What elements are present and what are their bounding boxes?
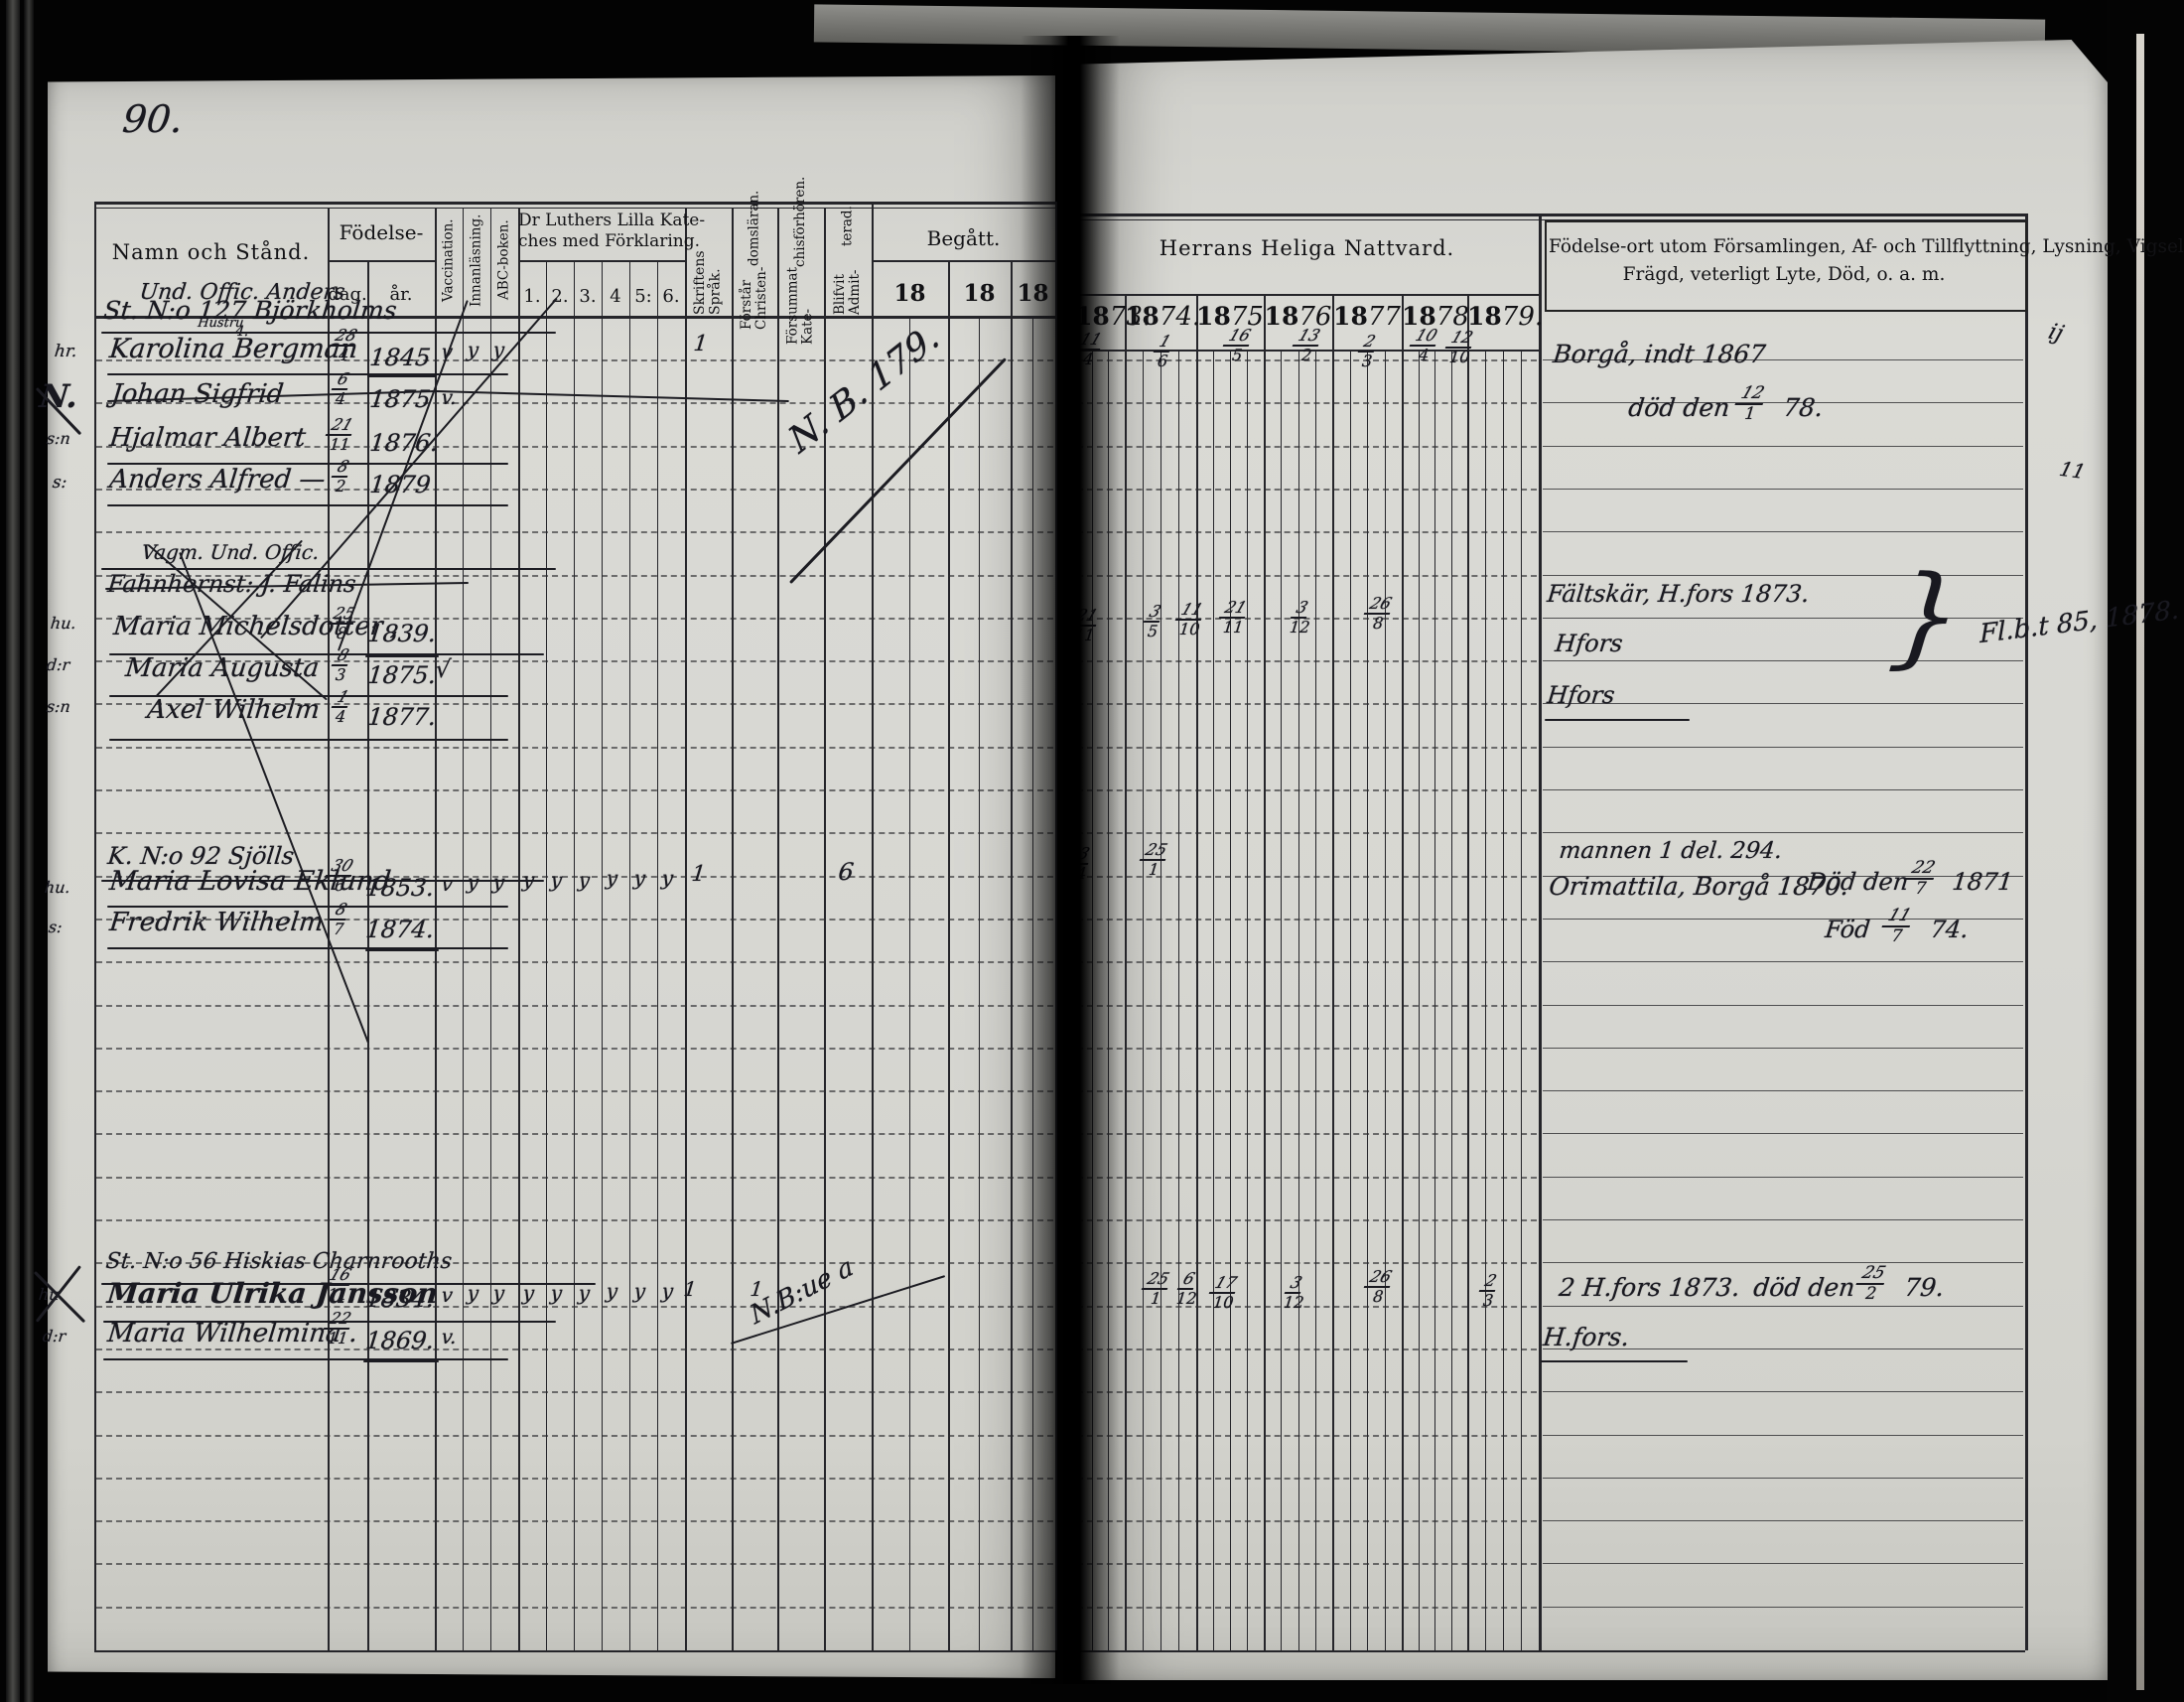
handwriting-g4-comm-1877: 268 (1364, 1269, 1394, 1305)
frac-denominator: 8 (1372, 616, 1384, 632)
handwriting-edge-mark1: ij (2045, 320, 2066, 347)
handwriting-g1-vacc2: v. (440, 385, 458, 409)
handwriting-g4-k6: y (605, 1279, 618, 1303)
frac-numerator: 8 (330, 902, 352, 921)
handwriting-g2-dag2: 83 (332, 647, 351, 683)
frac-numerator: 1 (1154, 334, 1176, 353)
underline-g1-name4 (107, 504, 508, 506)
frac-denominator: 12 (1289, 620, 1310, 636)
handwriting-g2-m2: d:r (46, 655, 70, 674)
handwriting-g1-m3: s:n (46, 429, 71, 448)
handwriting-g2-ar3: 1877. (366, 703, 438, 731)
handwriting-g4-note2: H.fors. (1542, 1323, 1631, 1351)
handwriting-g4-dag1: 1611 (324, 1267, 353, 1303)
frac-denominator: 2 (1300, 348, 1312, 363)
underline-g3-name2 (107, 947, 508, 949)
frac-numerator: 8 (332, 459, 354, 478)
handwriting-g1-dag4: 82 (332, 459, 351, 495)
handwriting-g1-note1: Borgå, indt 1867 (1552, 340, 1767, 368)
handwriting-g3-note4a: Föd (1824, 916, 1871, 943)
handwriting-g4-skr1: 1 (682, 1277, 697, 1301)
frac-denominator: 6 (334, 878, 345, 894)
frac-denominator: 12 (1283, 1295, 1304, 1311)
frac-denominator: 7 (1914, 881, 1927, 898)
frac-numerator: 12 (1734, 385, 1769, 405)
frac-denominator: 5 (1231, 348, 1243, 363)
underline-g2-name3 (109, 739, 508, 741)
handwriting-g3-m2: s: (48, 918, 64, 936)
frac-denominator: 10 (1448, 350, 1470, 365)
handwriting-g4-k8: y (660, 1279, 674, 1303)
handwriting-g2-check2: √ (434, 655, 452, 683)
handwriting-g4-vacc2: v. (440, 1325, 458, 1348)
frac-numerator: 3 (1285, 1275, 1307, 1294)
handwriting-g3-dag2: 87 (330, 902, 349, 937)
frac-numerator: 3 (1291, 600, 1313, 619)
underline-g1-ar3 (367, 463, 439, 465)
frac-numerator: 1 (332, 689, 354, 708)
underline-g1-name1 (107, 373, 508, 375)
frac-numerator: 13 (1293, 328, 1325, 347)
handwriting-g3-note4c: 74. (1929, 916, 1970, 943)
handwriting-g4-note1a: 2 H.fors 1873. (1558, 1273, 1741, 1302)
handwriting-g4-comm-1874b: 612 (1175, 1271, 1199, 1307)
frac-denominator: 2 (335, 479, 346, 495)
handwriting-g3-comm-1874: 251 (1140, 842, 1169, 878)
frac-denominator: 11 (329, 437, 350, 453)
handwriting-g2-brace: } (1885, 552, 1968, 679)
handwriting-g3-note4b: 117 (1882, 908, 1914, 945)
frac-numerator: 25 (1855, 1265, 1890, 1285)
handwriting-page-number: 90. (120, 97, 185, 141)
handwriting-g3-name2: Fredrik Wilhelm (108, 908, 325, 937)
handwriting-g1-name1: Karolina Bergman (108, 334, 359, 364)
book-gutter (1021, 36, 1120, 1684)
handwriting-nb-large: N. B. 179. (782, 316, 946, 462)
handwriting-g3-k1: y (466, 870, 479, 894)
handwriting-g4-k2: y (491, 1281, 505, 1305)
handwriting-g1-m1: hr. (54, 342, 78, 361)
handwriting-g4-note1d: 79. (1903, 1273, 1946, 1302)
frac-numerator: 16 (324, 1267, 356, 1286)
handwriting-g4-k7: y (632, 1279, 646, 1303)
handwriting-g4-comm-1876: 312 (1283, 1275, 1306, 1311)
handwriting-g2-comm-1876: 312 (1289, 600, 1312, 636)
handwriting-g3-ar2: 1874. (364, 916, 436, 943)
handwriting-g4-comm-1875: 1710 (1209, 1275, 1239, 1311)
frac-numerator: 25 (1142, 1271, 1174, 1290)
handwriting-g4-k5: y (577, 1281, 591, 1305)
handwriting-g3-adm1: 6 (837, 858, 855, 886)
handwriting-g3-k6: y (605, 866, 618, 890)
frac-numerator: 26 (1364, 1269, 1397, 1288)
handwriting-g4-comm-1879: 23 (1479, 1273, 1499, 1309)
frac-numerator: 26 (1364, 596, 1397, 615)
handwriting-g1-skr1: 1 (692, 332, 709, 356)
handwriting-g3-m1: hu. (44, 878, 71, 897)
handwriting-g1-dag1: 284 (330, 328, 359, 363)
underline-g4-note2 (1541, 1360, 1688, 1362)
handwriting-g1-dag3: 2111 (326, 417, 355, 453)
handwriting-g3-note1: mannen 1 del. 294. (1558, 838, 1783, 864)
handwriting-g3-note3b: 227 (1906, 860, 1938, 898)
frac-denominator: 1 (1148, 862, 1160, 878)
handwriting-g1-name2: Johan Sigfrid (110, 379, 285, 409)
handwriting-g4-k4: y (549, 1281, 563, 1305)
underline-g3-ar2 (365, 949, 439, 951)
handwriting-g3-k7: y (632, 866, 646, 890)
frac-denominator: 10 (1178, 622, 1200, 638)
frac-numerator: 22 (1905, 860, 1940, 880)
handwriting-g3-dag1: 306 (326, 858, 355, 894)
handwriting-g1-name1-sup: Hustru (197, 316, 244, 331)
handwriting-g1-ar1: 1845 (368, 344, 432, 371)
handwriting-g2-comm-1874b: 1110 (1175, 602, 1205, 638)
frac-denominator: 11 (327, 1331, 348, 1347)
frac-numerator: 8 (332, 647, 354, 666)
underline-g2-note3 (1545, 719, 1690, 721)
frac-numerator: 28 (330, 328, 362, 347)
handwriting-g3-note3a: Död den (1806, 868, 1910, 896)
handwriting-g4-k3: y (521, 1281, 535, 1305)
handwriting-g3-k2: y (491, 870, 505, 894)
handwriting-g2-comm-1874a: 35 (1144, 604, 1163, 639)
handwriting-g4-m2: d:r (42, 1327, 67, 1346)
underline-g1-ar1 (367, 375, 437, 377)
handwriting-g2-dag3: 14 (332, 689, 351, 725)
handwriting-g2-name3: Axel Wilhelm (146, 695, 322, 725)
handwriting-g2-comm-1875: 2111 (1219, 600, 1249, 636)
frac-numerator: 3 (1144, 604, 1166, 623)
frac-numerator: 6 (332, 371, 354, 390)
frac-denominator: 7 (333, 922, 344, 937)
handwriting-g1-m4: s: (52, 473, 68, 493)
frac-numerator: 16 (1223, 328, 1256, 347)
handwriting-g1-comm-1874: 16 (1154, 334, 1173, 369)
handwriting-edge-mark2: 11 (2057, 457, 2088, 484)
frac-denominator: 4 (1418, 348, 1430, 363)
handwriting-g1-name4: Anders Alfred — (108, 465, 327, 495)
frac-denominator: 2 (1864, 1286, 1877, 1303)
underline-g4-ar2 (363, 1360, 439, 1362)
handwriting-g1-ar2: 1875 (368, 385, 432, 413)
frac-numerator: 11 (1175, 602, 1208, 621)
frac-denominator: 6 (1157, 354, 1168, 369)
handwriting-g3-ar1: 1853. (364, 874, 436, 902)
handwriting-g1-name3: Hjalmar Albert (108, 423, 308, 453)
frac-denominator: 3 (335, 667, 346, 683)
handwriting-g1-note2b: 121 (1735, 385, 1767, 423)
handwriting-g2-note4: Fl.b.t 85, 1878. (1979, 595, 2179, 649)
frac-denominator: 3 (1361, 354, 1373, 369)
frac-denominator: 1 (1743, 406, 1756, 423)
handwriting-g3-k4: y (549, 868, 563, 892)
handwriting-g1-dag2: 64 (332, 371, 351, 407)
frac-numerator: 2 (1358, 334, 1381, 353)
frac-denominator: 3 (1482, 1293, 1494, 1309)
handwriting-g3-skr1: 1 (690, 862, 707, 887)
frac-denominator: 11 (1222, 620, 1244, 636)
frac-numerator: 21 (326, 417, 358, 436)
handwriting-g4-name2: Maria Wilhelmina . (106, 1319, 359, 1348)
frac-denominator: 7 (1890, 928, 1903, 945)
handwriting-g4-ar2: 1869. (364, 1327, 436, 1354)
handwriting-g4-note1b: död den (1752, 1273, 1856, 1302)
frac-numerator: 11 (1881, 908, 1916, 927)
handwriting-g1-comm-1878a: 104 (1410, 328, 1439, 363)
frac-denominator: 10 (1212, 1295, 1234, 1311)
frac-denominator: 5 (1147, 624, 1159, 639)
handwriting-g4-k1: y (466, 1281, 479, 1305)
handwriting-g4-note1c: 252 (1856, 1265, 1888, 1303)
handwriting-g1-note2c: 78. (1782, 393, 1825, 422)
frac-denominator: 1 (1150, 1291, 1161, 1307)
handwriting-g1-comm-1875: 165 (1223, 328, 1253, 363)
handwriting-g4-dag2: 2211 (324, 1311, 353, 1347)
handwriting-g1-comm-1877: 23 (1358, 334, 1378, 369)
ink-stroke-4 (435, 390, 789, 402)
handwriting-g4-vacc1: v (440, 1283, 454, 1307)
handwriting-g3-vacc1: v (440, 872, 454, 896)
frac-denominator: 4 (338, 348, 349, 363)
frac-numerator: 6 (1177, 1271, 1200, 1290)
handwriting-g2-comm-1877: 268 (1364, 596, 1394, 632)
handwriting-g2-note2: Hfors (1554, 630, 1624, 657)
frac-numerator: 30 (326, 858, 358, 877)
handwriting-g2-m3: s:n (46, 697, 71, 716)
underline-g2-ar1 (365, 655, 439, 657)
frac-numerator: 10 (1410, 328, 1442, 347)
handwriting-g1-comm-1878b: 1210 (1445, 330, 1475, 365)
frac-numerator: 25 (1140, 842, 1172, 861)
handwriting-g4-comm-1874a: 251 (1142, 1271, 1171, 1307)
handwriting-g2-m1: hu. (50, 614, 77, 633)
handwriting-g2-note3: Hfors (1546, 681, 1616, 709)
frac-numerator: 22 (324, 1311, 356, 1330)
handwriting-g1-note2a: död den (1627, 393, 1731, 422)
handwriting-g3-note2: Orimattila, Borgå 1870. (1548, 872, 1850, 901)
frac-denominator: 4 (335, 709, 346, 725)
frac-numerator: 25 (328, 606, 360, 625)
handwriting-g3-k3: y (521, 868, 535, 892)
handwriting-g3-note3c: 1871 (1951, 868, 2014, 896)
handwriting-g1-inn1: y (466, 338, 479, 361)
frac-numerator: 21 (1219, 600, 1252, 619)
frac-numerator: 2 (1479, 1273, 1502, 1292)
frac-numerator: 12 (1445, 330, 1478, 349)
frac-numerator: 17 (1209, 1275, 1242, 1294)
handwriting-g2-note1: Fältskär, H.fors 1873. (1546, 580, 1811, 608)
handwriting-g4-ar1: 1834. (364, 1285, 436, 1313)
ink-stroke-2 (789, 357, 1007, 584)
handwriting-g1-comm-1876: 132 (1293, 328, 1322, 363)
underline-g4-name2 (103, 1358, 508, 1360)
handwriting-g3-k8: y (660, 866, 674, 890)
frac-denominator: 11 (327, 1287, 348, 1303)
frac-denominator: 8 (1372, 1289, 1384, 1305)
scanned-ledger-spread: Namn och Stånd. Födelse- dag. år. Vaccin… (0, 0, 2184, 1702)
handwriting-g2-ar2: 1875. (366, 661, 438, 689)
handwriting-g2-ar1: 1839. (366, 620, 438, 647)
frac-denominator: 12 (1175, 1291, 1197, 1307)
handwriting-g4-heading: St. N:o 56 Hiskias Charnrooths (104, 1249, 453, 1274)
handwriting-g1-heading: St. N:o 127 Björkholms (102, 296, 398, 325)
handwriting-g3-k5: y (577, 868, 591, 892)
